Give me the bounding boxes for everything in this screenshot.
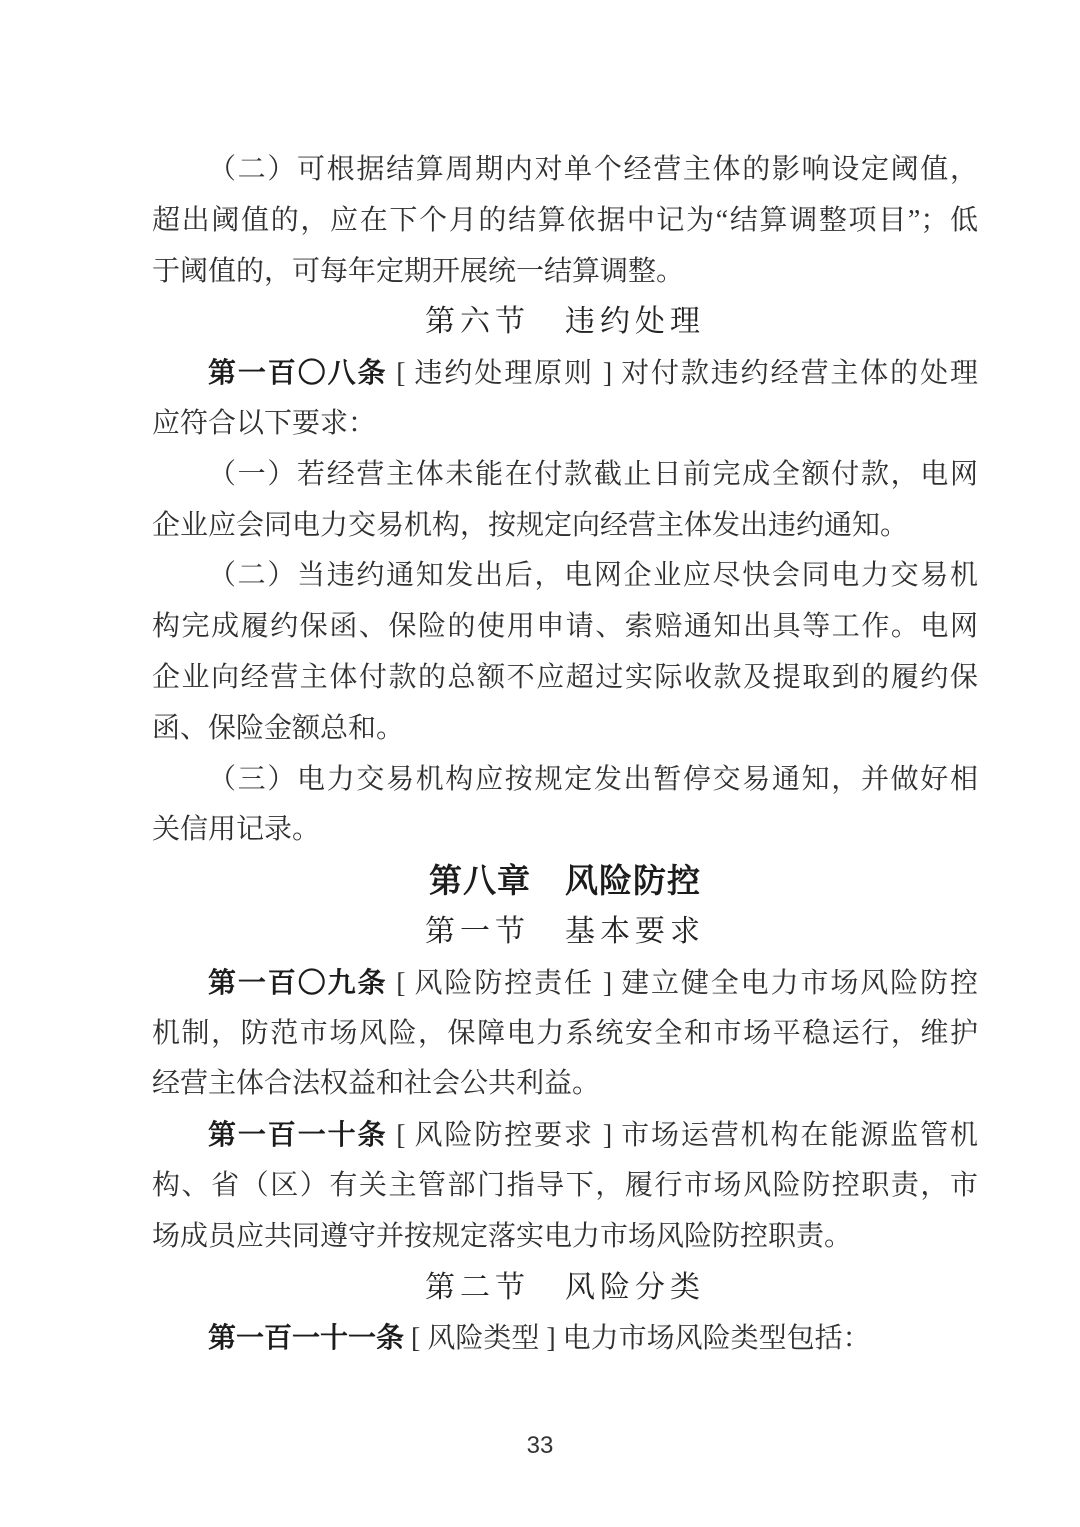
text-run: （二）当违约通知发出后，电网企业应尽快会同电力交易机 [208,560,978,591]
text-run: 机制，防范市场风险，保障电力系统安全和市场平稳运行，维护 [152,1018,978,1049]
chapter-heading: 第八章 风险防控 [152,856,978,907]
body-line: 经营主体合法权益和社会公共利益。 [152,1059,978,1110]
text-run: 第八章 风险防控 [429,862,701,899]
text-run: 电力市场风险类型包括： [563,1323,871,1354]
text-run: 经营主体合法权益和社会公共利益。 [152,1068,600,1099]
body-line: 第一百一十条 [ 风险防控要求 ] 市场运营机构在能源监管机 [152,1110,978,1161]
body-line: 第一百一十一条 [ 风险类型 ] 电力市场风险类型包括： [152,1313,978,1364]
article-title-bracket: [ 风险防控要求 ] [387,1120,621,1151]
text-run: 第六节 违约处理 [425,305,705,338]
text-run: 构完成履约保函、保险的使用申请、索赔通知出具等工作。电网 [152,611,978,642]
text-run: 场成员应共同遵守并按规定落实电力市场风险防控职责。 [152,1221,852,1252]
text-run: 函、保险金额总和。 [152,713,404,744]
body-line: 应符合以下要求： [152,399,978,450]
body-line: 企业向经营主体付款的总额不应超过实际收款及提取到的履约保 [152,653,978,704]
article-number: 第一百〇八条 [208,357,387,388]
body-line: 第一百〇九条 [ 风险防控责任 ] 建立健全电力市场风险防控 [152,958,978,1009]
text-run: 构、省（区）有关主管部门指导下，履行市场风险防控职责，市 [152,1170,978,1201]
text-run: 第二节 风险分类 [425,1271,705,1304]
body-line: 关信用记录。 [152,805,978,856]
page-footer: 33 [0,1432,1080,1460]
article-number: 第一百一十条 [208,1119,387,1150]
document-page: （二）可根据结算周期内对单个经营主体的影响设定阈值，超出阈值的，应在下个月的结算… [0,0,1080,1527]
text-run: 超出阈值的，应在下个月的结算依据中记为“结算调整项目”；低 [152,205,978,236]
body-line: 于阈值的，可每年定期开展统一结算调整。 [152,247,978,298]
text-run: 于阈值的，可每年定期开展统一结算调整。 [152,256,684,287]
text-block: （二）可根据结算周期内对单个经营主体的影响设定阈值，超出阈值的，应在下个月的结算… [152,145,978,1364]
body-line: （三）电力交易机构应按规定发出暂停交易通知，并做好相 [152,755,978,806]
body-line: 超出阈值的，应在下个月的结算依据中记为“结算调整项目”；低 [152,196,978,247]
section-heading: 第一节 基本要求 [152,907,978,958]
page-number: 33 [527,1432,554,1459]
article-title-bracket: [ 风险类型 ] [404,1323,563,1354]
text-run: 市场运营机构在能源监管机 [621,1120,978,1151]
text-run: （二）可根据结算周期内对单个经营主体的影响设定阈值， [208,154,978,185]
article-title-bracket: [ 违约处理原则 ] [387,358,621,389]
body-line: 机制，防范市场风险，保障电力系统安全和市场平稳运行，维护 [152,1009,978,1060]
body-line: （一）若经营主体未能在付款截止日前完成全额付款，电网 [152,450,978,501]
text-run: （一）若经营主体未能在付款截止日前完成全额付款，电网 [208,459,978,490]
body-line: （二）当违约通知发出后，电网企业应尽快会同电力交易机 [152,551,978,602]
article-number: 第一百一十一条 [208,1322,404,1353]
body-line: 函、保险金额总和。 [152,704,978,755]
text-run: 关信用记录。 [152,814,320,845]
body-line: 场成员应共同遵守并按规定落实电力市场风险防控职责。 [152,1212,978,1263]
body-line: 构完成履约保函、保险的使用申请、索赔通知出具等工作。电网 [152,602,978,653]
text-run: 建立健全电力市场风险防控 [621,968,978,999]
body-line: 企业应会同电力交易机构，按规定向经营主体发出违约通知。 [152,501,978,552]
text-run: 企业向经营主体付款的总额不应超过实际收款及提取到的履约保 [152,662,978,693]
body-line: 构、省（区）有关主管部门指导下，履行市场风险防控职责，市 [152,1161,978,1212]
text-run: （三）电力交易机构应按规定发出暂停交易通知，并做好相 [208,764,978,795]
body-line: 第一百〇八条 [ 违约处理原则 ] 对付款违约经营主体的处理 [152,348,978,399]
text-run: 对付款违约经营主体的处理 [621,358,978,389]
article-number: 第一百〇九条 [208,967,387,998]
article-title-bracket: [ 风险防控责任 ] [387,968,621,999]
text-run: 应符合以下要求： [152,408,376,439]
text-run: 企业应会同电力交易机构，按规定向经营主体发出违约通知。 [152,510,908,541]
text-run: 第一节 基本要求 [425,915,705,948]
section-heading: 第二节 风险分类 [152,1263,978,1314]
body-line: （二）可根据结算周期内对单个经营主体的影响设定阈值， [152,145,978,196]
section-heading: 第六节 违约处理 [152,297,978,348]
